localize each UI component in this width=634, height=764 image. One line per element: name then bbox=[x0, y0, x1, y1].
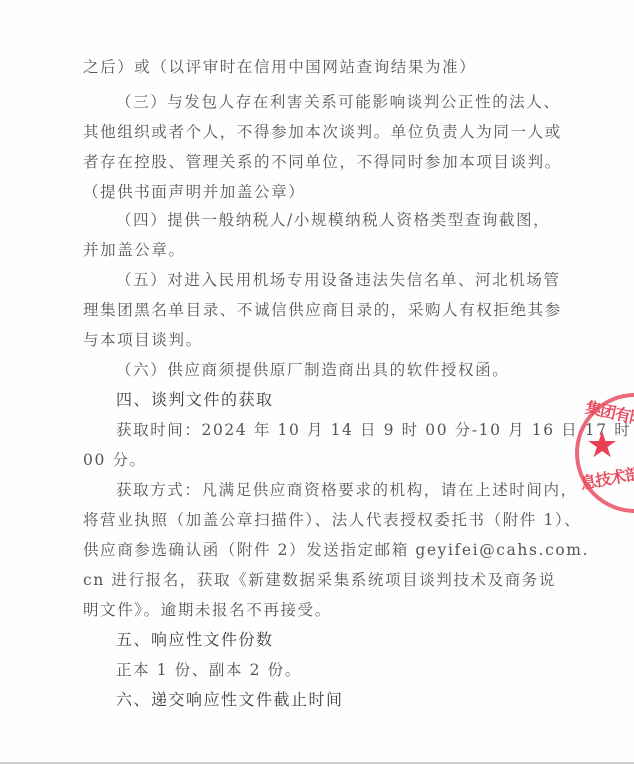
text-line: （五）对进入民用机场专用设备违法失信名单、河北机场管 bbox=[116, 270, 561, 290]
text-line: （三）与发包人存在利害关系可能影响谈判公正性的法人、 bbox=[116, 92, 561, 112]
star-icon: ★ bbox=[586, 428, 618, 464]
text-line: 其他组织或者个人，不得参加本次谈判。单位负责人为同一人或 bbox=[83, 122, 562, 142]
text-line: 与本项目谈判。 bbox=[83, 330, 203, 350]
text-line: 者存在控股、管理关系的不同单位，不得同时参加本项目谈判。 bbox=[83, 152, 562, 172]
text-line: （四）提供一般纳税人/小规模纳税人资格类型查询截图， bbox=[116, 210, 550, 230]
text-line: 之后）或（以评审时在信用中国网站查询结果为准） bbox=[83, 57, 476, 77]
text-line: 获取时间：2024 年 10 月 14 日 9 时 00 分-10 月 16 日… bbox=[116, 420, 631, 440]
document-page: 之后）或（以评审时在信用中国网站查询结果为准）（三）与发包人存在利害关系可能影响… bbox=[0, 0, 634, 764]
section-heading: 四、谈判文件的获取 bbox=[116, 390, 274, 410]
text-line: 供应商参选确认函（附件 2）发送指定邮箱 geyifei@cahs.com. bbox=[83, 540, 589, 560]
text-line: 理集团黑名单目录、不诚信供应商目录的，采购人有权拒绝其参 bbox=[83, 300, 562, 320]
text-line: （六）供应商须提供原厂制造商出具的软件授权函。 bbox=[116, 360, 509, 380]
text-line: 并加盖公章。 bbox=[83, 240, 186, 260]
section-heading: 六、递交响应性文件截止时间 bbox=[116, 690, 344, 710]
text-line: 获取方式：凡满足供应商资格要求的机构，请在上述时间内， bbox=[116, 480, 578, 500]
text-line: （提供书面声明并加盖公章） bbox=[83, 182, 305, 202]
section-heading: 五、响应性文件份数 bbox=[116, 630, 274, 650]
text-line: cn 进行报名，获取《新建数据采集系统项目谈判技术及商务说 bbox=[83, 570, 556, 590]
text-line: 正本 1 份、副本 2 份。 bbox=[116, 660, 302, 680]
text-line: 明文件》。逾期未报名不再接受。 bbox=[83, 600, 332, 620]
text-line: 00 分。 bbox=[83, 450, 147, 470]
text-line: 将营业执照（加盖公章扫描件）、法人代表授权委托书（附件 1）、 bbox=[83, 510, 581, 530]
